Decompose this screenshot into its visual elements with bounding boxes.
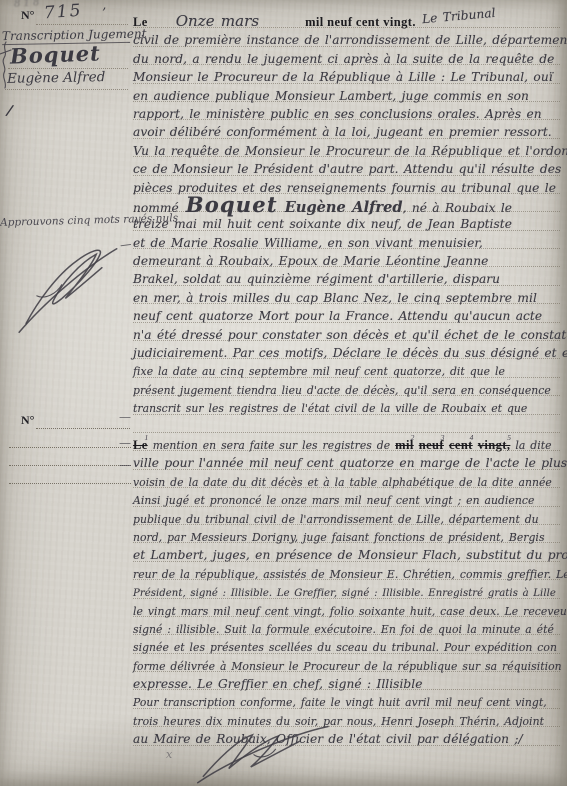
- judgment-transcription-text: LeOnze marsmil neuf cent vingt.Le Tribun…: [133, 10, 560, 746]
- handwritten-text: nord, par Messieurs Dorigny, juge faisan…: [133, 531, 545, 544]
- handwritten-text: signé : illisible. Suit la formule exécu…: [133, 623, 554, 636]
- handwritten-text: signée et les présentes scellées du scea…: [133, 641, 557, 654]
- body-line: judiciairement. Par ces motifs, Déclare …: [133, 341, 560, 359]
- body-line: nord, par Messieurs Dorigny, juge faisan…: [133, 525, 560, 543]
- handwritten-text: Ainsi jugé et prononcé le onze mars mil …: [133, 494, 534, 507]
- handwritten-text: transcrit sur les registres de l'état ci…: [133, 402, 527, 415]
- body-line: en mer, à trois milles du cap Blanc Nez,…: [133, 286, 560, 304]
- body-line: publique du tribunal civil de l'arrondis…: [133, 507, 560, 525]
- body-line: rapport, le ministère public en ses conc…: [133, 102, 560, 120]
- act-number-rule: [36, 24, 128, 25]
- handwritten-text: rapport, le ministère public en ses conc…: [133, 107, 542, 121]
- body-line: demeurant à Roubaix, Epoux de Marie Léon…: [133, 249, 560, 267]
- handwritten-text: voisin de la date du dit décès et à la t…: [133, 476, 552, 489]
- handwritten-text: et Lambert, juges, en présence de Monsie…: [133, 548, 567, 562]
- body-line: ville pour l'année mil neuf cent quatorz…: [133, 451, 560, 469]
- officer-signature-margin: [3, 233, 134, 341]
- handwritten-text: reur de la république, assistés de Monsi…: [133, 568, 567, 581]
- handwritten-text: neuf cent quatorze Mort pour la France. …: [133, 309, 542, 323]
- handwritten-text: et de Marie Rosalie Williame, en son viv…: [133, 236, 483, 250]
- body-line: fixe la date au cinq septembre mil neuf …: [133, 359, 560, 377]
- handwritten-text: expresse. Le Greffier en chef, signé : I…: [133, 677, 422, 691]
- renvoi-number: 4: [470, 427, 474, 448]
- handwritten-text: demeurant à Roubaix, Epoux de Marie Léon…: [133, 254, 488, 268]
- correction-dash-mark: —: [119, 436, 131, 450]
- handwritten-text: ce de Monsieur le Président d'autre part…: [133, 162, 561, 176]
- body-line: Monsieur le Procureur de la République à…: [133, 65, 560, 83]
- correction-dash-mark: —: [119, 410, 131, 424]
- handwritten-text: avoir délibéré conformément à la loi, ju…: [133, 125, 552, 139]
- renvoi-number: 1: [145, 427, 149, 448]
- body-line: ce de Monsieur le Président d'autre part…: [133, 157, 560, 175]
- renvoi-number: 5: [507, 427, 511, 448]
- body-line: civil de première instance de l'arrondis…: [133, 28, 560, 46]
- printed-text: mil neuf cent vingt.: [305, 15, 416, 29]
- body-line: reur de la république, assistés de Monsi…: [133, 562, 560, 580]
- body-line: expresse. Le Greffier en chef, signé : I…: [133, 672, 560, 690]
- body-line: Ainsi jugé et prononcé le onze mars mil …: [133, 488, 560, 506]
- renvoi-number: 3: [441, 427, 445, 448]
- handwritten-text: fixe la date au cinq septembre mil neuf …: [133, 365, 505, 378]
- handwritten-text: forme délivrée à Monsieur le Procureur d…: [133, 660, 562, 673]
- handwritten-text: présent jugement tiendra lieu d'acte de …: [133, 384, 551, 397]
- handwritten-text: Brakel, soldat au quinzième régiment d'a…: [133, 272, 500, 286]
- body-line: neuf cent quatorze Mort pour la France. …: [133, 304, 560, 322]
- margin-flourish-mark: [0, 40, 14, 96]
- handwritten-text: Monsieur le Procureur de la République à…: [133, 70, 553, 84]
- handwritten-text: n'a été dressé pour constater son décès …: [133, 328, 567, 342]
- body-line: en audience publique Monsieur Lambert, j…: [133, 84, 560, 102]
- body-line: Vu la requête de Monsieur le Procureur d…: [133, 139, 560, 157]
- pencil-cross-mark: x: [166, 748, 172, 761]
- ruled-line-blank: [133, 415, 560, 433]
- body-line: du nord, a rendu le jugement ci après à …: [133, 47, 560, 65]
- struck-words-approval-note: Approuvons cinq mots rayés nuls: [0, 213, 142, 229]
- handwritten-text: Onze mars: [176, 12, 259, 30]
- body-line: avoir délibéré conformément à la loi, ju…: [133, 120, 560, 138]
- handwritten-text: Président, signé : Illisible. Le Greffie…: [133, 588, 556, 599]
- body-line: Brakel, soldat au quinzième régiment d'a…: [133, 267, 560, 285]
- margin-rule: [36, 428, 130, 429]
- margin-rule: [9, 465, 131, 466]
- body-line: LeOnze marsmil neuf cent vingt.Le Tribun…: [133, 10, 560, 28]
- next-act-number-label: N°: [21, 413, 34, 428]
- body-line: transcrit sur les registres de l'état ci…: [133, 396, 560, 414]
- handwritten-text: le vingt mars mil neuf cent vingt, folio…: [133, 605, 567, 618]
- registry-document-page: 8 1 8 N° 715 ’ Transcription Jugement Bo…: [0, 0, 567, 786]
- handwritten-text: en audience publique Monsieur Lambert, j…: [133, 89, 529, 103]
- margin-slash-mark: /: [6, 103, 13, 120]
- body-line: trois heures dix minutes du soir, par no…: [133, 709, 560, 727]
- body-line-struck-words: Le1mention en sera faite sur les registr…: [133, 433, 560, 451]
- body-line: forme délivrée à Monsieur le Procureur d…: [133, 654, 560, 672]
- margin-rule: [9, 447, 131, 448]
- body-line: Pour transcription conforme, faite le vi…: [133, 690, 560, 708]
- act-number-value: 715: [43, 1, 83, 24]
- handwritten-text: Pour transcription conforme, faite le vi…: [133, 696, 547, 709]
- handwritten-text: du nord, a rendu le jugement ci après à …: [133, 52, 554, 66]
- body-line: treize mai mil huit cent soixante dix ne…: [133, 212, 560, 230]
- handwritten-text: Le Tribunal: [421, 3, 496, 30]
- handwritten-text: publique du tribunal civil de l'arrondis…: [133, 513, 539, 526]
- body-line: signée et les présentes scellées du scea…: [133, 635, 560, 653]
- handwritten-text: la dite: [515, 439, 551, 452]
- renvoi-number: 2: [411, 427, 415, 448]
- margin-rule: [9, 483, 131, 484]
- body-line: le vingt mars mil neuf cent vingt, folio…: [133, 599, 560, 617]
- handwritten-text: treize mai mil huit cent soixante dix ne…: [133, 217, 512, 231]
- given-names-rule: [5, 89, 128, 90]
- printed-text: Le: [133, 15, 148, 29]
- handwritten-text: Vu la requête de Monsieur le Procureur d…: [133, 144, 567, 158]
- handwritten-text: civil de première instance de l'arrondis…: [133, 33, 567, 47]
- handwritten-text: trois heures dix minutes du soir, par no…: [133, 715, 544, 728]
- handwritten-text: en mer, à trois milles du cap Blanc Nez,…: [133, 291, 537, 305]
- handwritten-text: judiciairement. Par ces motifs, Déclare …: [133, 346, 567, 360]
- subject-given-names: Eugène Alfred: [7, 69, 106, 87]
- body-line: présent jugement tiendra lieu d'acte de …: [133, 378, 560, 396]
- body-line: et de Marie Rosalie Williame, en son viv…: [133, 231, 560, 249]
- handwritten-text: mention en sera faite sur les registres …: [153, 439, 390, 452]
- pen-tick-mark: ’: [102, 6, 106, 21]
- body-line: Président, signé : Illisible. Le Greffie…: [133, 580, 560, 598]
- body-line: n'a été dressé pour constater son décès …: [133, 323, 560, 341]
- body-line: voisin de la date du dit décès et à la t…: [133, 470, 560, 488]
- act-number-label: N°: [21, 8, 34, 23]
- body-line: signé : illisible. Suit la formule exécu…: [133, 617, 560, 635]
- correction-dash-mark: —: [119, 458, 131, 472]
- handwritten-text: ville pour l'année mil neuf cent quatorz…: [133, 456, 567, 470]
- body-line: et Lambert, juges, en présence de Monsie…: [133, 543, 560, 561]
- officer-signature-bottom: [190, 721, 339, 786]
- subject-surname: Boquet: [10, 40, 102, 68]
- body-line-subject-name: nomméBoquetEugène Alfred, né à Roubaix l…: [133, 194, 560, 212]
